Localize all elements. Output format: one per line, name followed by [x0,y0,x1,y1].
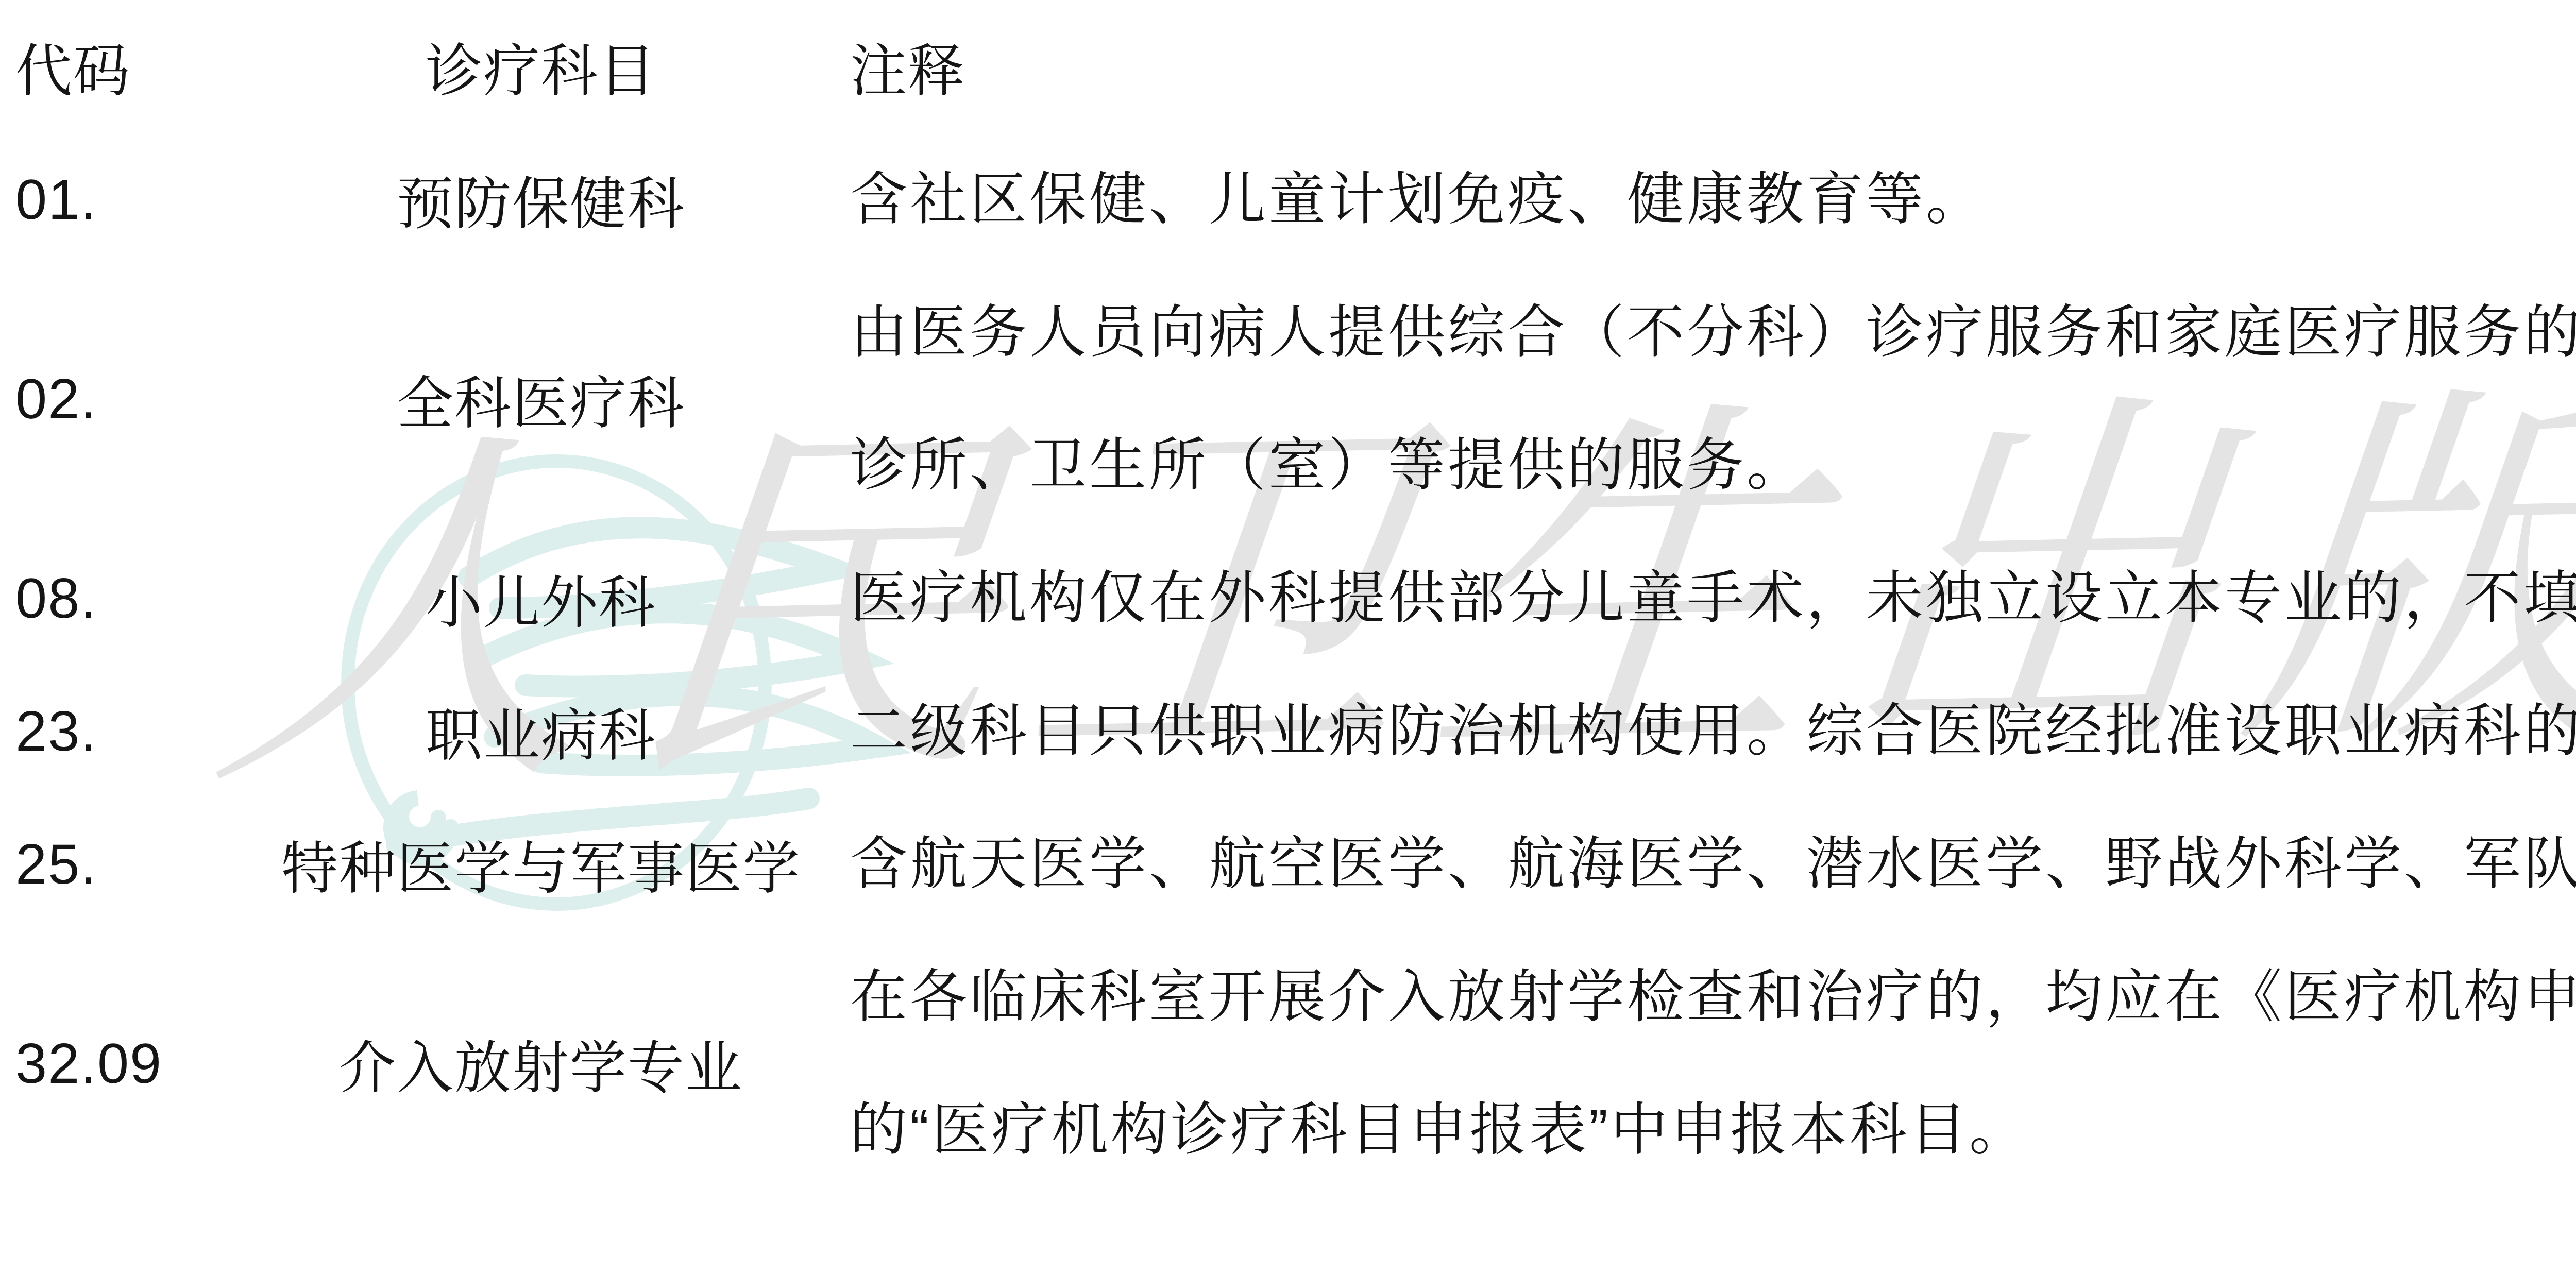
header-code: 代码 [0,26,268,107]
subject-cell: 职业病科 [268,690,814,772]
header-subject: 诊疗科目 [268,26,814,107]
subject-cell: 小儿外科 [268,557,814,639]
header-note: 注释 [814,26,2576,107]
subject-cell: 预防保健科 [268,159,814,240]
note-line: 医疗机构仅在外科提供部分儿童手术，未独立设立本专业的，不填报本科目。 [850,532,2576,665]
table-row: 01. 预防保健科 含社区保健、儿童计划免疫、健康教育等。 [0,133,2576,266]
code-cell: 08. [0,566,268,631]
table-row: 08. 小儿外科 医疗机构仅在外科提供部分儿童手术，未独立设立本专业的，不填报本… [0,532,2576,665]
note-line: 含社区保健、儿童计划免疫、健康教育等。 [850,133,2576,266]
note-line: 在各临床科室开展介入放射学检查和治疗的，均应在《医疗机构申请执业登记注书》 [850,930,2576,1063]
code-cell: 25. [0,831,268,897]
subject-cell: 全科医疗科 [268,358,814,439]
note-cell: 在各临床科室开展介入放射学检查和治疗的，均应在《医疗机构申请执业登记注书》 的“… [814,930,2576,1196]
table-row: 25. 特种医学与军事医学 含航天医学、航空医学、航海医学、潜水医学、野战外科学… [0,797,2576,930]
table-row: 23. 职业病科 二级科目只供职业病防治机构使用。综合医院经批准设职业病科的，不… [0,665,2576,797]
note-cell: 含航天医学、航空医学、航海医学、潜水医学、野战外科学、军队各类预防和防护学科等。 [814,797,2576,930]
subject-table: 代码 诊疗科目 注释 01. 预防保健科 含社区保健、儿童计划免疫、健康教育等。… [0,0,2576,1273]
note-cell: 由医务人员向病人提供综合（不分科）诊疗服务和家庭医疗服务的均属此科目，如基层 诊… [814,266,2576,532]
note-line: 二级科目只供职业病防治机构使用。综合医院经批准设职业病科的，不需再填二级科目。 [850,665,2576,797]
subject-cell: 特种医学与军事医学 [268,823,814,905]
note-line: 诊所、卫生所（室）等提供的服务。 [850,399,2576,532]
table-row: 02. 全科医疗科 由医务人员向病人提供综合（不分科）诊疗服务和家庭医疗服务的均… [0,266,2576,532]
code-cell: 02. [0,366,268,432]
note-cell: 医疗机构仅在外科提供部分儿童手术，未独立设立本专业的，不填报本科目。 [814,532,2576,665]
subject-cell: 介入放射学专业 [268,1023,814,1104]
code-cell: 01. [0,167,268,232]
code-cell: 32.09 [0,1031,268,1096]
table-row: 32.09 介入放射学专业 在各临床科室开展介入放射学检查和治疗的，均应在《医疗… [0,930,2576,1196]
note-cell: 含社区保健、儿童计划免疫、健康教育等。 [814,133,2576,266]
note-line: 的“医疗机构诊疗科目申报表”中申报本科目。 [850,1063,2576,1196]
note-cell: 二级科目只供职业病防治机构使用。综合医院经批准设职业病科的，不需再填二级科目。 [814,665,2576,797]
code-cell: 23. [0,699,268,764]
note-line: 由医务人员向病人提供综合（不分科）诊疗服务和家庭医疗服务的均属此科目，如基层 [850,266,2576,399]
table-header-row: 代码 诊疗科目 注释 [0,0,2576,133]
note-line: 含航天医学、航空医学、航海医学、潜水医学、野战外科学、军队各类预防和防护学科等。 [850,797,2576,930]
document-page: 人民卫生出版社 代码 诊疗科目 注释 01. 预防保健科 含社区保健、儿童计划免… [0,0,2576,1273]
